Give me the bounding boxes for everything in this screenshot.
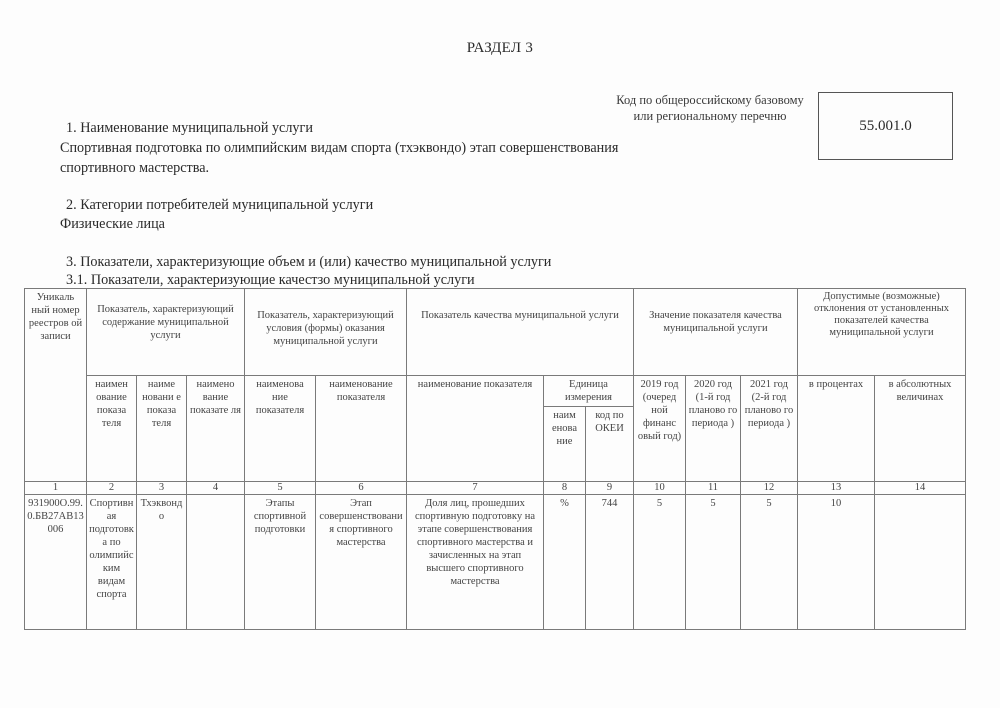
consumer-category-text: Физические лица — [60, 214, 165, 234]
header-col10: 2019 год (очеред ной финанс овый год) — [634, 376, 686, 482]
header-col4: наимено вание показате ля — [187, 376, 245, 482]
header-value-group: Значение показателя качества муниципальн… — [634, 289, 798, 376]
cell-condition-indicator-2: Этап совершенствования спортивного масте… — [316, 495, 407, 630]
column-number: 14 — [875, 482, 966, 495]
column-number: 9 — [586, 482, 634, 495]
column-number: 7 — [407, 482, 544, 495]
cell-condition-indicator-1: Этапы спортивной подготовки — [245, 495, 316, 630]
column-number: 13 — [798, 482, 875, 495]
cell-value-2020: 5 — [686, 495, 741, 630]
section3-heading: 3. Показатели, характеризующие объем и (… — [66, 252, 551, 272]
cell-unit-name: % — [544, 495, 586, 630]
header-col13: в процентах — [798, 376, 875, 482]
header-col7: наименование показателя — [407, 376, 544, 482]
column-numbers-row: 1 2 3 4 5 6 7 8 9 10 11 12 13 14 — [25, 482, 966, 495]
table-row: 931900О.99.0.БВ27АВ13006 Спортивная подг… — [25, 495, 966, 630]
cell-deviation-absolute — [875, 495, 966, 630]
cell-registry-number: 931900О.99.0.БВ27АВ13006 — [25, 495, 87, 630]
header-col9: код по ОКЕИ — [586, 407, 634, 482]
column-number: 10 — [634, 482, 686, 495]
header-col2: наимен ование показа теля — [87, 376, 137, 482]
column-number: 12 — [741, 482, 798, 495]
header-col12: 2021 год (2-й год планово го периода ) — [741, 376, 798, 482]
service-name-text: Спортивная подготовка по олимпийским вид… — [60, 138, 620, 178]
header-unique-number: Уникаль ный номер реестров ой записи — [25, 289, 87, 482]
registry-code-box: 55.001.0 — [818, 92, 953, 160]
column-number: 5 — [245, 482, 316, 495]
column-number: 8 — [544, 482, 586, 495]
cell-okei-code: 744 — [586, 495, 634, 630]
header-quality-group: Показатель качества муниципальной услуги — [407, 289, 634, 376]
section-title: РАЗДЕЛ 3 — [0, 40, 1000, 57]
quality-indicators-table: Уникаль ный номер реестров ой записи Пок… — [24, 288, 966, 630]
cell-content-indicator-2: Тхэквондо — [137, 495, 187, 630]
cell-content-indicator-1: Спортивная подготовка по олимпийским вид… — [87, 495, 137, 630]
header-col8: наим енова ние — [544, 407, 586, 482]
registry-code-label: Код по общероссийскому базовому или реги… — [615, 92, 805, 124]
section2-heading: 2. Категории потребителей муниципальной … — [66, 195, 373, 215]
column-number: 4 — [187, 482, 245, 495]
cell-value-2021: 5 — [741, 495, 798, 630]
column-number: 2 — [87, 482, 137, 495]
header-col3: наиме новани е показа теля — [137, 376, 187, 482]
column-number: 1 — [25, 482, 87, 495]
cell-deviation-percent: 10 — [798, 495, 875, 630]
column-number: 6 — [316, 482, 407, 495]
cell-quality-indicator-name: Доля лиц, прошедших спортивную подготовк… — [407, 495, 544, 630]
cell-value-2019: 5 — [634, 495, 686, 630]
section1-heading: 1. Наименование муниципальной услуги — [66, 118, 313, 138]
registry-code-value: 55.001.0 — [859, 118, 912, 135]
header-content-group: Показатель, характеризующий содержание м… — [87, 289, 245, 376]
cell-content-indicator-3 — [187, 495, 245, 630]
column-number: 11 — [686, 482, 741, 495]
header-col14: в абсолютных величинах — [875, 376, 966, 482]
header-unit-group: Единица измерения — [544, 376, 634, 407]
header-conditions-group: Показатель, характеризующий условия (фор… — [245, 289, 407, 376]
header-col6: наименование показателя — [316, 376, 407, 482]
header-col5: наименова ние показателя — [245, 376, 316, 482]
section31-heading: 3.1. Показатели, характеризующие качестз… — [66, 270, 475, 290]
column-number: 3 — [137, 482, 187, 495]
header-deviation-group: Допустимые (возможные) отклонения от уст… — [798, 289, 966, 376]
header-col11: 2020 год (1-й год планово го периода ) — [686, 376, 741, 482]
